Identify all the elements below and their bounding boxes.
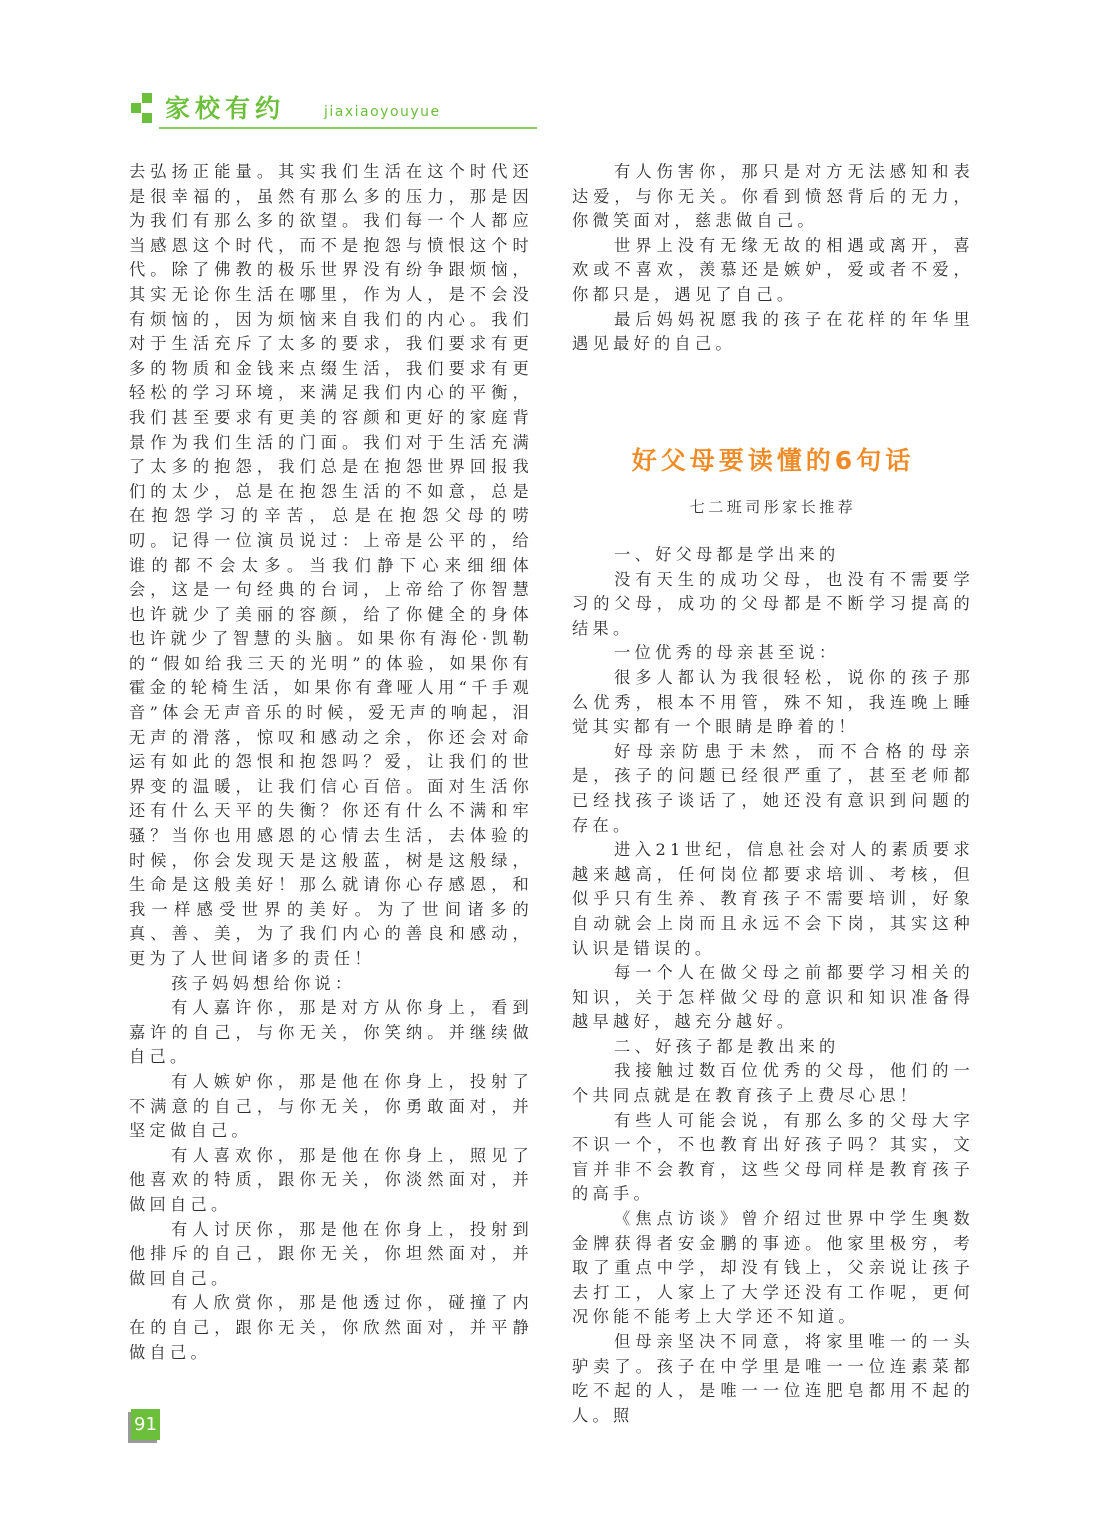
paragraph: 有人讨厌你，那是他在你身上，投射到他排斥的自己，跟你无关，你坦然面对，并做回自己… (129, 1218, 533, 1292)
logo-squares-icon (131, 92, 153, 124)
paragraph: 最后妈妈祝愿我的孩子在花样的年华里遇见最好的自己。 (572, 308, 974, 357)
paragraph: 有人嘉许你，那是对方从你身上，看到嘉许的自己，与你无关，你笑纳。并继续做自己。 (129, 996, 533, 1070)
paragraph: 有人伤害你，那只是对方无法感知和表达爱，与你无关。你看到愤怒背后的无力，你微笑面… (572, 160, 974, 234)
paragraph: 没有天生的成功父母，也没有不需要学习的父母，成功的父母都是不断学习提高的结果。 (572, 568, 974, 642)
article-body: 一、好父母都是学出来的 没有天生的成功父母，也没有不需要学习的父母，成功的父母都… (572, 543, 974, 1428)
page-number: 91 (131, 1409, 160, 1440)
logo-square (142, 113, 152, 123)
paragraph: 每一个人在做父母之前都要学习相关的知识，关于怎样做父母的意识和知识准备得越早越好… (572, 961, 974, 1035)
paragraph: 有人欣赏你，那是他透过你，碰撞了内在的自己，跟你无关，你欣然面对，并平静做自己。 (129, 1291, 533, 1365)
right-column-continuation: 有人伤害你，那只是对方无法感知和表达爱，与你无关。你看到愤怒背后的无力，你微笑面… (572, 160, 974, 357)
paragraph: 一位优秀的母亲甚至说： (572, 641, 974, 666)
paragraph: 好母亲防患于未然，而不合格的母亲是，孩子的问题已经很严重了，甚至老师都已经找孩子… (572, 740, 974, 838)
section-title: 家校有约 (165, 94, 285, 124)
left-column: 去弘扬正能量。其实我们生活在这个时代还是很幸福的，虽然有那么多的压力，那是因为我… (129, 160, 533, 1365)
paragraph: 很多人都认为我很轻松，说你的孩子那么优秀，根本不用管，殊不知，我连晚上睡觉其实都… (572, 666, 974, 740)
paragraph: 有些人可能会说，有那么多的父母大字不识一个，不也教育出好孩子吗？其实，文盲并非不… (572, 1109, 974, 1207)
paragraph: 《焦点访谈》曾介绍过世界中学生奥数金牌获得者安金鹏的事迹。他家里极穷，考取了重点… (572, 1207, 974, 1330)
paragraph: 我接触过数百位优秀的父母，他们的一个共同点就是在教育孩子上费尽心思！ (572, 1059, 974, 1108)
section-pinyin: jiaxiaoyouyue (324, 104, 441, 120)
paragraph: 世界上没有无缘无故的相遇或离开，喜欢或不喜欢，羡慕还是嫉妒，爱或者不爱，你都只是… (572, 234, 974, 308)
section-heading: 二、好孩子都是教出来的 (572, 1035, 974, 1060)
logo-square (131, 103, 141, 113)
paragraph: 进入21世纪，信息社会对人的素质要求越来越高，任何岗位都要求培训、考核，但似乎只… (572, 838, 974, 961)
article-byline: 七二班司彤家长推荐 (572, 496, 974, 518)
section-header: 家校有约 jiaxiaoyouyue (131, 92, 537, 132)
paragraph: 有人喜欢你，那是他在你身上，照见了他喜欢的特质，跟你无关，你淡然面对，并做回自己… (129, 1144, 533, 1218)
section-heading: 一、好父母都是学出来的 (572, 543, 974, 568)
paragraph: 去弘扬正能量。其实我们生活在这个时代还是很幸福的，虽然有那么多的压力，那是因为我… (129, 160, 533, 972)
header-divider (159, 127, 537, 129)
paragraph: 孩子妈妈想给你说： (129, 972, 533, 997)
paragraph: 但母亲坚决不同意，将家里唯一的一头驴卖了。孩子在中学里是唯一一位连素菜都吃不起的… (572, 1330, 974, 1428)
logo-square (142, 93, 152, 103)
article-title: 好父母要读懂的6句话 (572, 444, 974, 478)
paragraph: 有人嫉妒你，那是他在你身上，投射了不满意的自己，与你无关，你勇敢面对，并坚定做自… (129, 1070, 533, 1144)
